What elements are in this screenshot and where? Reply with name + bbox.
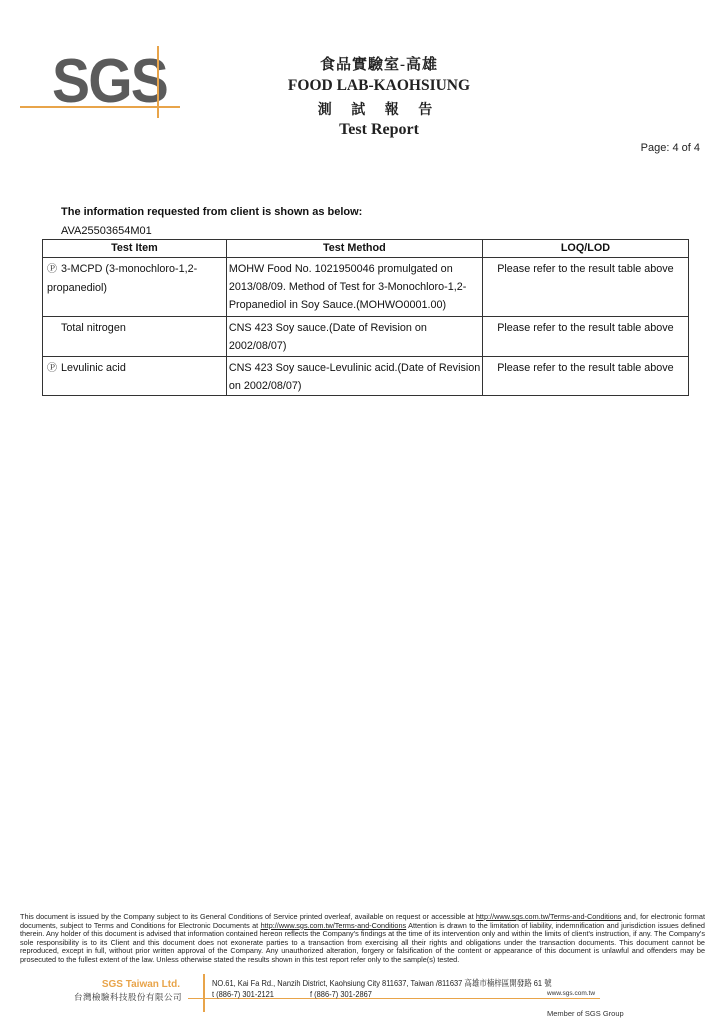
test-method-cell: CNS 423 Soy sauce.(Date of Revision on 2… <box>226 317 482 357</box>
report-title-english: Test Report <box>0 121 724 139</box>
table-row: Ⓟ3-MCPD (3-monochloro-1,2-propanediol) M… <box>43 258 689 317</box>
report-title-chinese: 測 試 報 告 <box>0 99 724 119</box>
test-method-cell: CNS 423 Soy sauce-Levulinic acid.(Date o… <box>226 357 482 396</box>
test-item-cell: Total nitrogen <box>43 317 227 357</box>
test-method-cell: MOHW Food No. 1021950046 promulgated on … <box>226 258 482 317</box>
test-item-name: Total nitrogen <box>61 322 126 334</box>
company-website[interactable]: www.sgs.com.tw <box>547 990 595 997</box>
company-name-chinese: 台灣檢驗科技股份有限公司 <box>58 991 182 1003</box>
table-row: ⓅLevulinic acid CNS 423 Soy sauce-Levuli… <box>43 357 689 396</box>
lab-title-chinese: 食品實驗室-高雄 <box>0 53 724 74</box>
test-item-name: Levulinic acid <box>61 362 126 374</box>
report-id: AVA25503654M01 <box>61 225 152 237</box>
intro-text: The information requested from client is… <box>61 206 362 218</box>
company-name-english: SGS Taiwan Ltd. <box>80 979 180 990</box>
company-telephone: t (886-7) 301-2121 <box>212 989 274 999</box>
footer-vertical-rule <box>203 974 205 1012</box>
member-of-sgs-group: Member of SGS Group <box>547 1009 624 1018</box>
header-test-method: Test Method <box>226 240 482 258</box>
page-indicator: Page: 4 of 4 <box>641 142 700 154</box>
lab-title-english: FOOD LAB-KAOHSIUNG <box>0 77 724 95</box>
company-fax: f (886-7) 301-2867 <box>310 989 372 999</box>
test-item-cell: Ⓟ3-MCPD (3-monochloro-1,2-propanediol) <box>43 258 227 317</box>
p-marker-icon: Ⓟ <box>47 360 61 378</box>
table-header-row: Test Item Test Method LOQ/LOD <box>43 240 689 258</box>
loq-lod-cell: Please refer to the result table above <box>482 258 688 317</box>
header-loq-lod: LOQ/LOD <box>482 240 688 258</box>
table-row: Total nitrogen CNS 423 Soy sauce.(Date o… <box>43 317 689 357</box>
test-item-cell: ⓅLevulinic acid <box>43 357 227 396</box>
test-info-table: Test Item Test Method LOQ/LOD Ⓟ3-MCPD (3… <box>42 239 689 396</box>
test-item-name: 3-MCPD (3-monochloro-1,2-propanediol) <box>47 263 197 294</box>
loq-lod-cell: Please refer to the result table above <box>482 317 688 357</box>
loq-lod-cell: Please refer to the result table above <box>482 357 688 396</box>
p-marker-icon: Ⓟ <box>47 261 61 279</box>
company-address: NO.61, Kai Fa Rd., Nanzih District, Kaoh… <box>212 977 552 989</box>
header-test-item: Test Item <box>43 240 227 258</box>
legal-disclaimer: This document is issued by the Company s… <box>20 913 705 964</box>
